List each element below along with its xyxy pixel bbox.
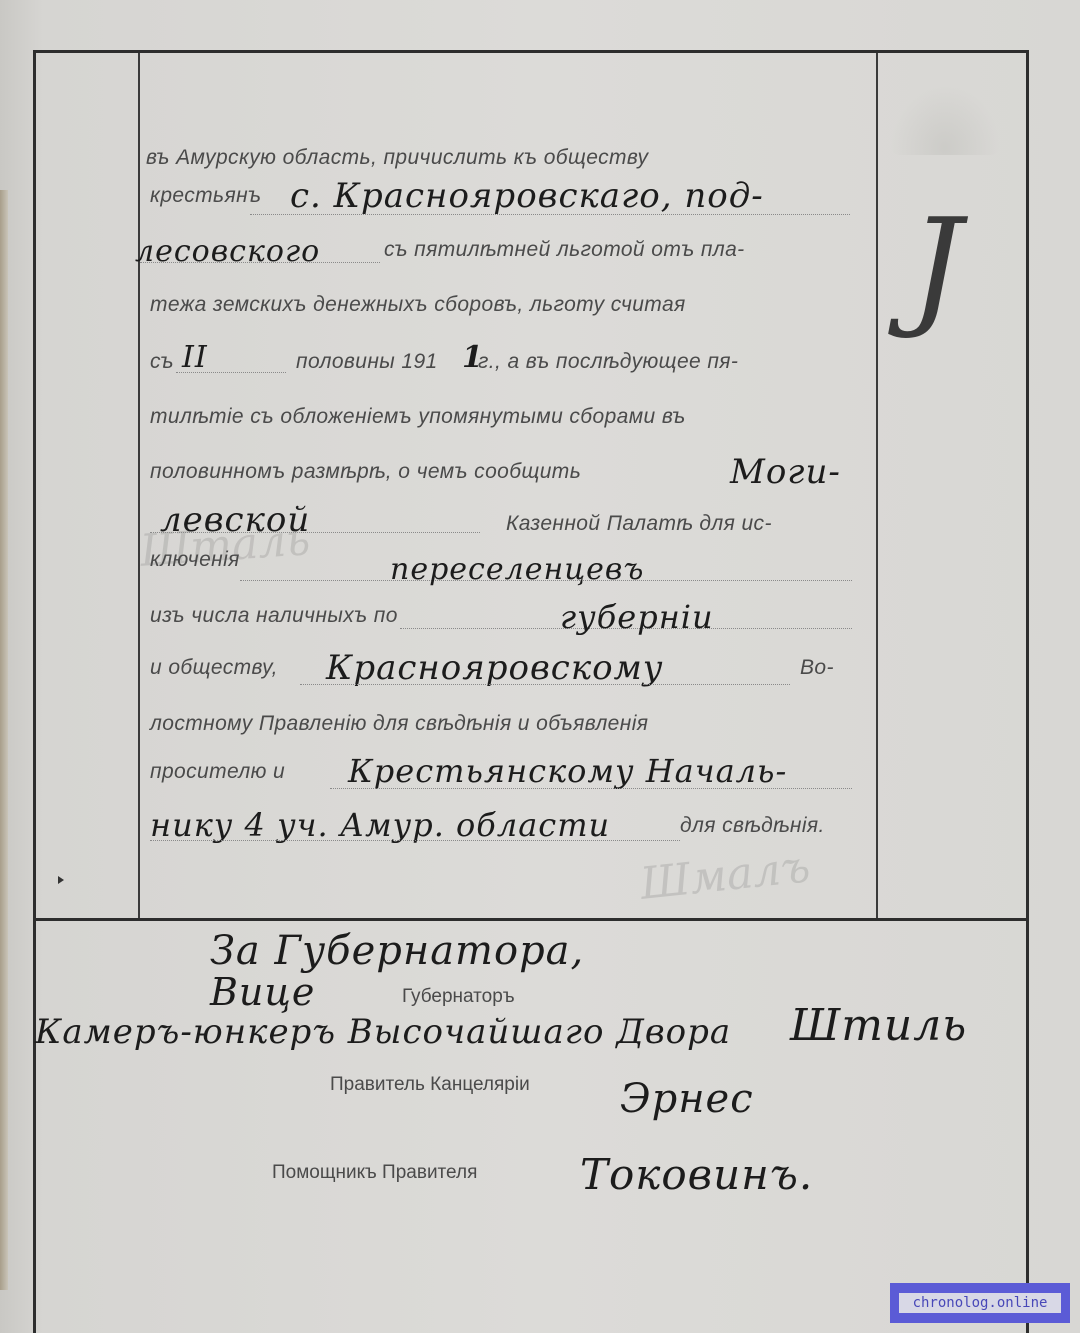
handwritten-treasury-cont: левской	[160, 500, 310, 540]
printed-line: Казенной Палатѣ для ис-	[506, 512, 772, 536]
fill-line	[176, 372, 286, 373]
printed-line: тилѣтіе съ обложеніемъ упомянутыми сбора…	[150, 405, 686, 429]
handwritten-court-title: Камеръ-юнкеръ Высочайшаго Двора	[35, 1012, 731, 1052]
printed-line: г., а въ послѣдующее пя-	[478, 350, 738, 374]
handwritten-province: губерніи	[560, 598, 714, 636]
left-margin-rule	[138, 53, 140, 919]
handwritten-vice: Вице	[210, 970, 315, 1014]
printed-line: ключенія	[150, 548, 240, 572]
fill-line	[150, 840, 680, 841]
printed-line: изъ числа наличныхъ по	[150, 604, 398, 628]
signature-separator	[36, 918, 1026, 921]
fill-line	[300, 684, 790, 685]
printed-line: и обществу,	[150, 656, 278, 680]
margin-pointer-icon	[58, 876, 64, 884]
chancellery-label: Правитель Канцеляріи	[330, 1074, 530, 1096]
handwritten-for-governor: За Губернатора,	[210, 928, 584, 974]
printed-line: половины 191	[296, 350, 438, 374]
fill-line	[150, 532, 480, 533]
handwritten-official-cont: нику 4 уч. Амур. области	[150, 806, 610, 844]
handwritten-village-cont: лесовского	[135, 234, 320, 269]
watermark-text: chronolog.online	[899, 1293, 1062, 1313]
handwritten-treasury: Моги-	[730, 452, 841, 492]
fill-line	[330, 788, 852, 789]
printed-line: Во-	[800, 656, 834, 680]
handwritten-village: с. Краснояровскаго, под-	[290, 176, 764, 216]
watermark-badge: chronolog.online	[890, 1283, 1070, 1323]
printed-line: крестьянъ	[150, 184, 262, 208]
printed-line: тежа земскихъ денежныхъ сборовъ, льготу …	[150, 293, 686, 317]
margin-mark: Ј	[910, 190, 963, 342]
printed-line: для свѣдѣнія.	[680, 814, 825, 838]
chancellery-signature: Эрнес	[620, 1076, 754, 1122]
document-page: Шталь Шмалъ въ Амурскую область, причисл…	[0, 0, 1080, 1333]
handwritten-exclusion: переселенцевъ	[390, 552, 644, 587]
assistant-signature: Токовинъ.	[580, 1150, 813, 1199]
printed-line: съ	[150, 350, 174, 374]
printed-line: половинномъ размѣрѣ, о чемъ сообщить	[150, 460, 581, 484]
printed-line: въ Амурскую область, причислить къ общес…	[146, 146, 648, 170]
right-margin-rule	[876, 53, 878, 919]
handwritten-half: II	[182, 340, 208, 375]
handwritten-official: Крестьянскому Началь-	[348, 752, 787, 790]
binding-edge	[0, 190, 8, 1290]
assistant-label: Помощникъ Правителя	[272, 1162, 477, 1184]
governor-label: Губернаторъ	[402, 986, 515, 1008]
printed-line: съ пятилѣтней льготой отъ пла-	[384, 238, 745, 262]
printed-line: лостному Правленію для свѣдѣнія и объявл…	[150, 712, 648, 736]
handwritten-society: Краснояровскому	[326, 648, 664, 688]
printed-line: просителю и	[150, 760, 285, 784]
governor-signature: Штиль	[790, 1000, 967, 1051]
fill-line	[140, 262, 380, 263]
